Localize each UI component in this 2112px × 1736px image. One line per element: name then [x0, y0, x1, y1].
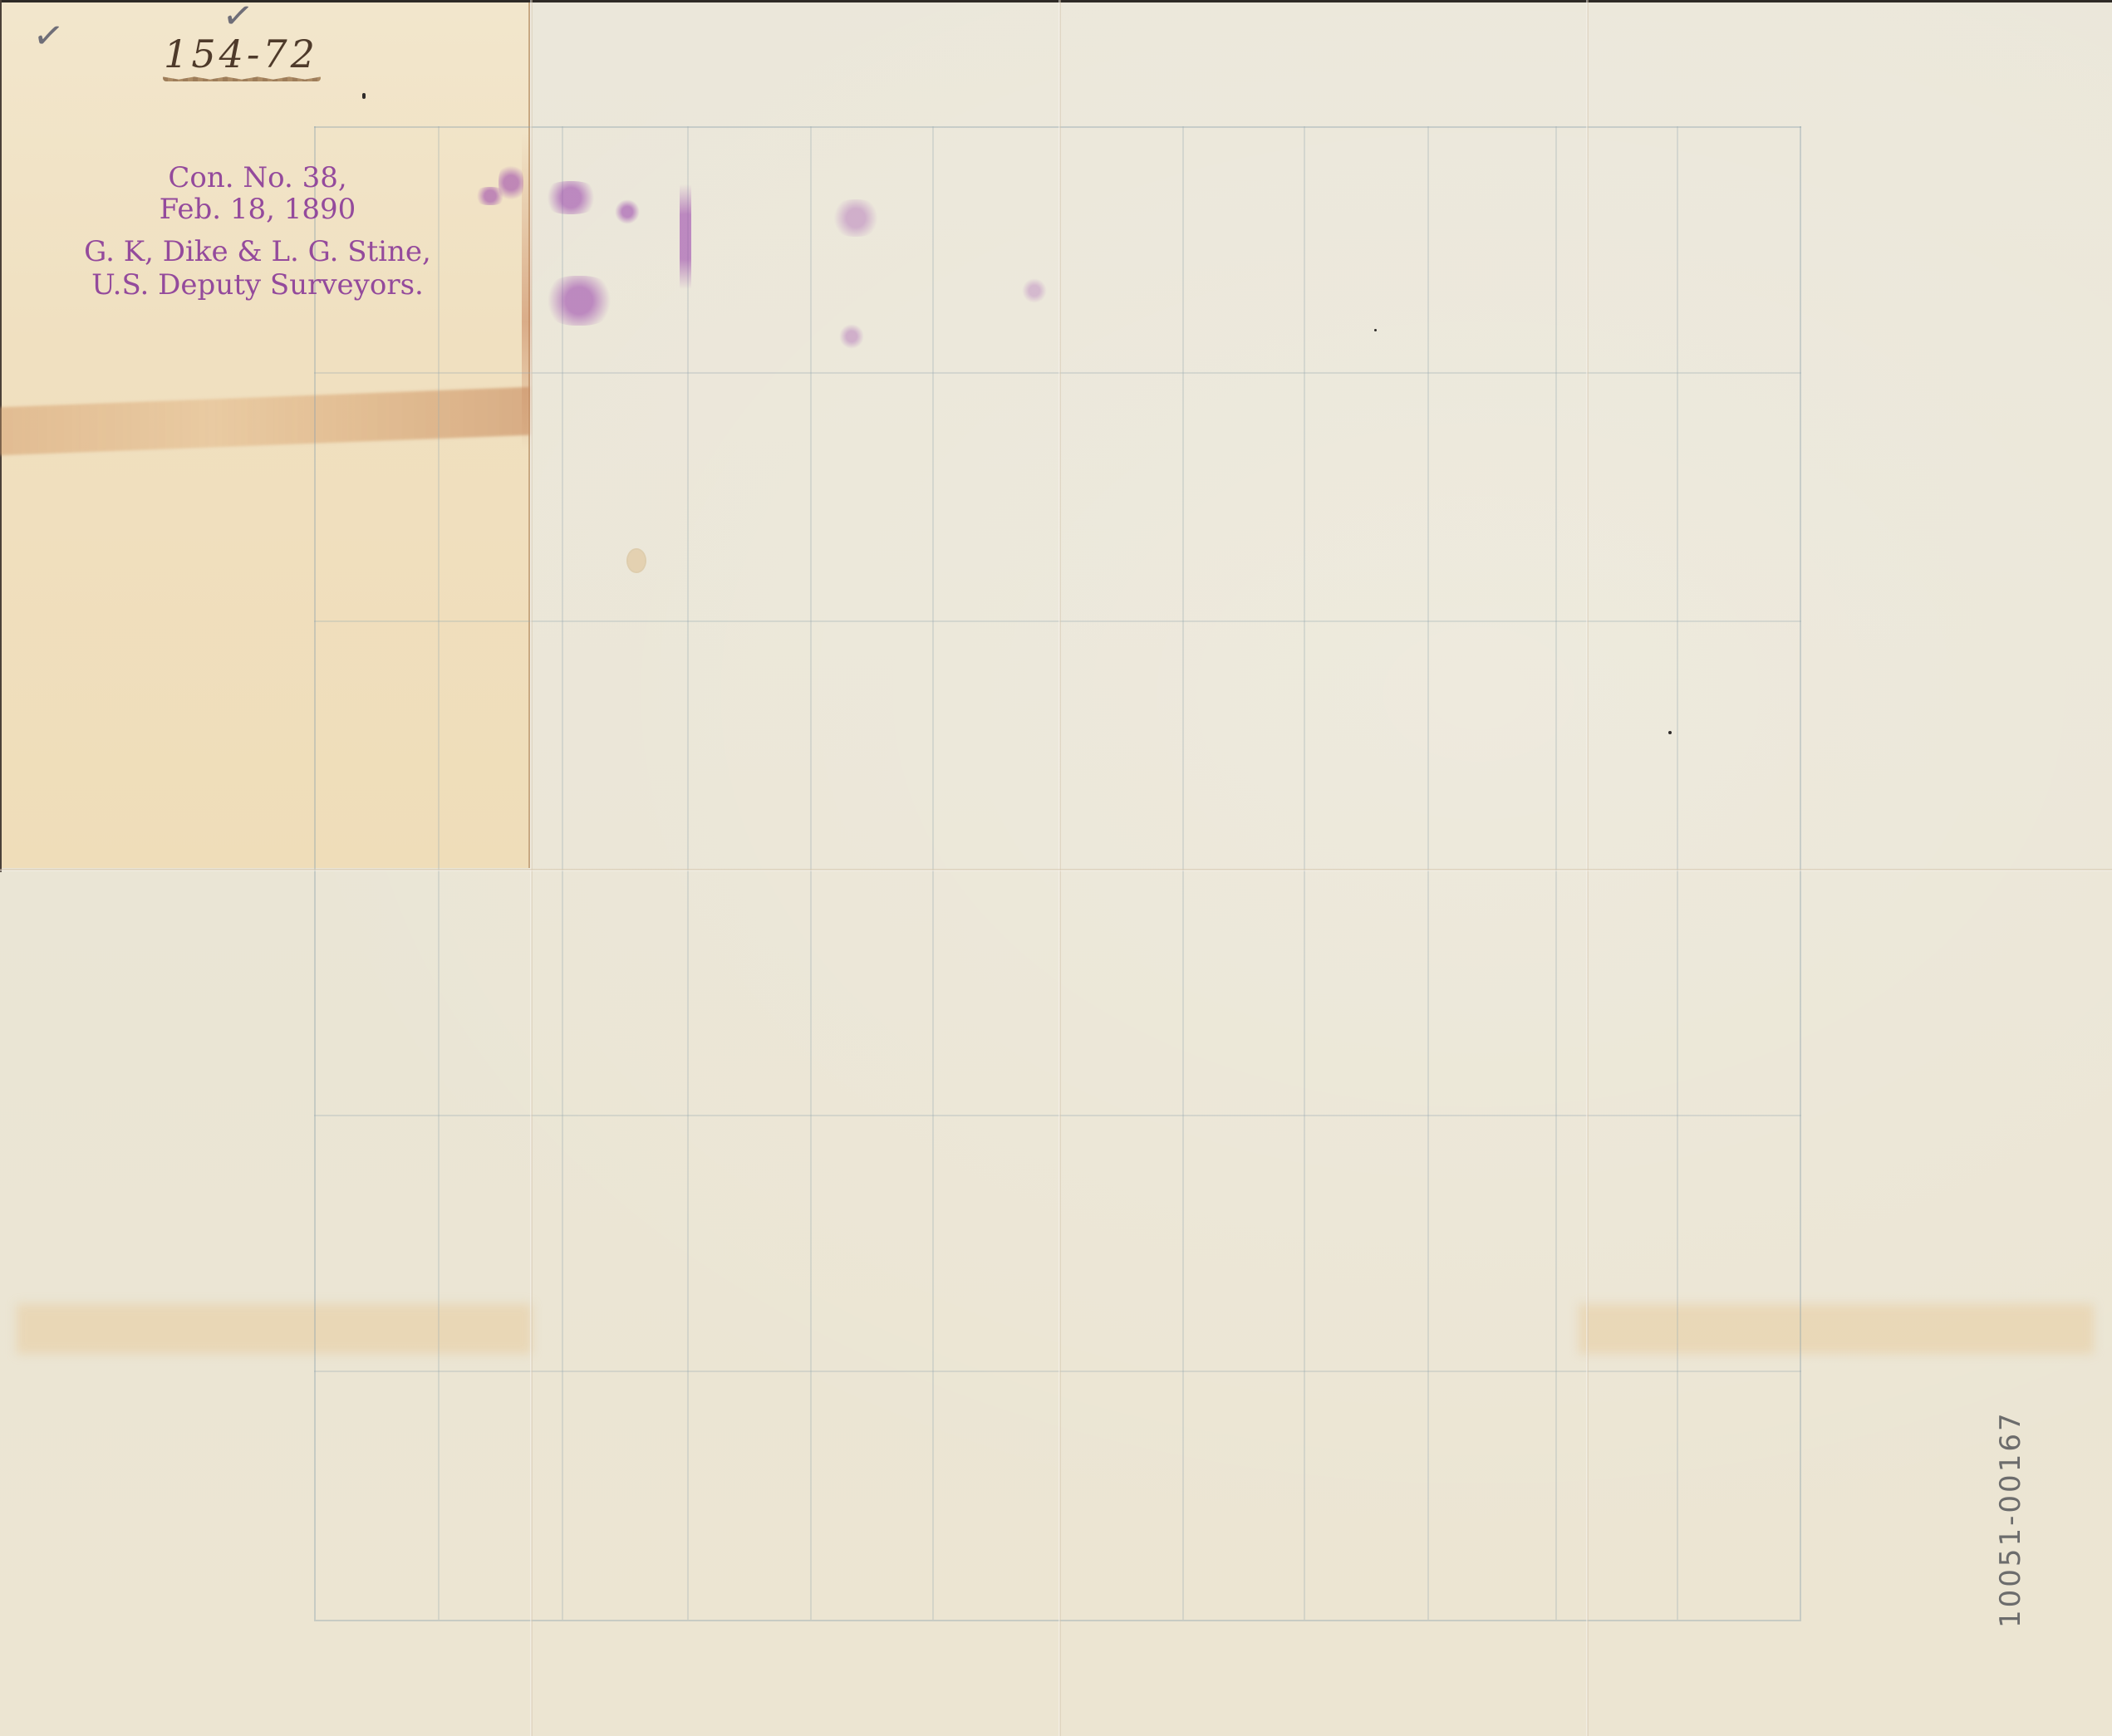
grid-line [687, 126, 689, 1620]
fold-line-vertical [530, 0, 533, 1736]
grid-line [562, 126, 563, 1620]
offset-ink [1022, 278, 1047, 303]
contract-stamp: Con. No. 38, Feb. 18, 1890 G. K, Dike & … [50, 162, 465, 302]
grid-border-left [314, 126, 316, 1620]
stamp-surveyors-names: G. K, Dike & L. G. Stine, [50, 235, 465, 268]
checkmark-icon: ✓ [31, 13, 67, 60]
archive-id: 10051-00167 [1994, 1410, 2027, 1628]
ink-spot [1374, 329, 1377, 331]
offset-ink [615, 199, 640, 224]
stamp-surveyors-title: U.S. Deputy Surveyors. [50, 268, 465, 302]
stain-band-left [17, 1304, 532, 1354]
fold-line-horizontal [0, 869, 2112, 871]
grid-line [1555, 126, 1557, 1620]
grid-line [1677, 126, 1678, 1620]
offset-ink [542, 181, 600, 214]
file-number: 154-72 [158, 32, 324, 76]
grid-line [314, 372, 1801, 374]
stamp-date: Feb. 18, 1890 [50, 194, 465, 225]
fold-line-vertical [1586, 0, 1589, 1736]
fold-line-vertical [1058, 0, 1061, 1736]
grid-line [932, 126, 934, 1620]
grid-border-right [1800, 126, 1801, 1620]
grid-line [810, 126, 812, 1620]
grid-line [314, 620, 1801, 622]
stain-band-right [1579, 1304, 2094, 1354]
offset-ink [474, 187, 507, 205]
grid-line [438, 126, 440, 1620]
offset-ink [680, 162, 691, 311]
grid-line [314, 1371, 1801, 1372]
grid-line [1304, 126, 1305, 1620]
stamp-contract-number: Con. No. 38, [50, 162, 465, 194]
document-sheet: ✓ ✓ 154-72 Con. No. 38, Feb. 18, 1890 G.… [0, 0, 2112, 1736]
ink-spot [1668, 731, 1672, 734]
offset-ink [839, 324, 864, 349]
water-spot [628, 550, 645, 571]
ink-spot [362, 93, 366, 99]
grid-line [1182, 126, 1184, 1620]
offset-ink [831, 199, 881, 237]
grid-line [1427, 126, 1429, 1620]
grid-border-bottom [314, 1620, 1801, 1621]
grid-line [314, 1115, 1801, 1116]
grid-border-top [314, 126, 1801, 128]
offset-ink [542, 276, 616, 326]
